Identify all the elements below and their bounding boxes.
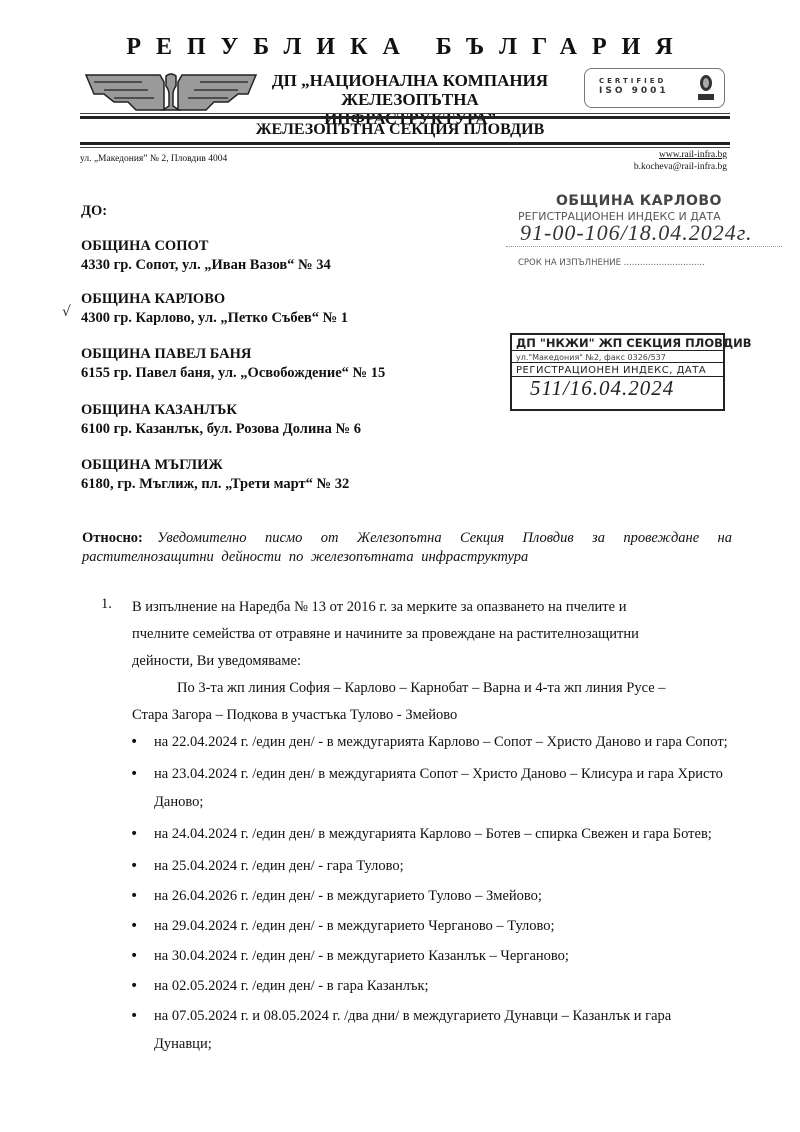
subject-text: Уведомително писмо от Железопътна Секция… bbox=[82, 530, 732, 565]
recipient-name: ОБЩИНА КАРЛОВО bbox=[81, 290, 348, 309]
intro-line: дейности, Ви уведомяваме: bbox=[132, 648, 732, 675]
recipient-name: ОБЩИНА КАЗАНЛЪК bbox=[81, 401, 361, 420]
stamp-line-3: РЕГИСТРАЦИОНЕН ИНДЕКС, ДАТА bbox=[512, 363, 723, 377]
stamp-line-1: ДП "НКЖИ" ЖП СЕКЦИЯ ПЛОВДИВ bbox=[512, 335, 723, 351]
karlovo-registration-stamp: ОБЩИНА КАРЛОВО РЕГИСТРАЦИОНЕН ИНДЕКС И Д… bbox=[506, 193, 796, 268]
to-label: ДО: bbox=[81, 203, 107, 220]
recipient-address: 6155 гр. Павел баня, ул. „Освобождение“ … bbox=[81, 364, 385, 383]
header-rule-top bbox=[80, 116, 730, 119]
stamp-handwritten-index: 91-00-106/18.04.2024г. bbox=[506, 220, 782, 247]
schedule-item: на 02.05.2024 г. /един ден/ - в гара Каз… bbox=[132, 972, 732, 1000]
recipient-name: ОБЩИНА МЪГЛИЖ bbox=[81, 456, 349, 475]
iso-badge: CERTIFIED ISO 9001 bbox=[584, 68, 725, 108]
schedule-item: на 07.05.2024 г. и 08.05.2024 г. /два дн… bbox=[132, 1002, 732, 1058]
schedule-item: на 26.04.2026 г. /един ден/ - в междугар… bbox=[132, 882, 732, 910]
schedule-item: на 29.04.2024 г. /един ден/ - в междугар… bbox=[132, 912, 732, 940]
subject-label: Относно: bbox=[82, 530, 143, 546]
schedule-item: на 30.04.2024 г. /един ден/ - в междугар… bbox=[132, 942, 732, 970]
recipient-address: 4330 гр. Сопот, ул. „Иван Вазов“ № 34 bbox=[81, 256, 331, 275]
stamp-line-2: ул."Македония" №2, факс 0326/537 bbox=[512, 351, 723, 363]
section-registration-stamp: ДП "НКЖИ" ЖП СЕКЦИЯ ПЛОВДИВ ул."Македони… bbox=[510, 333, 725, 411]
schedule-list: на 22.04.2024 г. /един ден/ - в междугар… bbox=[132, 728, 732, 1060]
intro-paragraph: В изпълнение на Наредба № 13 от 2016 г. … bbox=[132, 594, 732, 729]
recipient-address: 6180, гр. Мъглиж, пл. „Трети март“ № 32 bbox=[81, 475, 349, 494]
schedule-item: на 24.04.2024 г. /един ден/ в междугария… bbox=[132, 820, 732, 848]
company-name: ДП „НАЦИОНАЛНА КОМПАНИЯ ЖЕЛЕЗОПЪТНА ИНФР… bbox=[260, 71, 560, 128]
section-name: ЖЕЛЕЗОПЪТНА СЕКЦИЯ ПЛОВДИВ bbox=[0, 121, 800, 139]
header-rule-top-thin bbox=[80, 113, 730, 114]
recipient: ОБЩИНА КАРЛОВО 4300 гр. Карлово, ул. „Пе… bbox=[81, 290, 348, 328]
schedule-item: на 23.04.2024 г. /един ден/ в междугария… bbox=[132, 760, 732, 816]
schedule-item: на 22.04.2024 г. /един ден/ - в междугар… bbox=[132, 728, 732, 756]
subject: Относно: Уведомително писмо от Железопът… bbox=[82, 529, 732, 567]
country-heading: РЕПУБЛИКА БЪЛГАРИЯ bbox=[0, 34, 800, 61]
certification-emblem-icon bbox=[698, 74, 714, 102]
stamp-title: ОБЩИНА КАРЛОВО bbox=[506, 193, 796, 209]
contact-block: www.rail-infra.bg b.kocheva@rail-infra.b… bbox=[634, 149, 727, 173]
website-link[interactable]: www.rail-infra.bg bbox=[659, 150, 727, 160]
header-rule-bottom-thin bbox=[80, 147, 730, 148]
recipient-name: ОБЩИНА СОПОТ bbox=[81, 237, 331, 256]
stamp-due-label: СРОК НА ИЗПЪЛНЕНИЕ .....................… bbox=[506, 258, 796, 268]
iso-number: ISO 9001 bbox=[599, 86, 669, 97]
intro-line: пчелните семейства от отравяне и начинит… bbox=[132, 621, 732, 648]
contact-email[interactable]: b.kocheva@rail-infra.bg bbox=[634, 161, 727, 173]
recipient-address: 4300 гр. Карлово, ул. „Петко Събев“ № 1 bbox=[81, 309, 348, 328]
iso-certified-label: CERTIFIED bbox=[599, 77, 669, 86]
item-number: 1. bbox=[101, 596, 112, 613]
schedule-item: на 25.04.2024 г. /един ден/ - гара Тулов… bbox=[132, 852, 732, 880]
intro-line: В изпълнение на Наредба № 13 от 2016 г. … bbox=[132, 594, 732, 621]
recipient: ОБЩИНА ПАВЕЛ БАНЯ 6155 гр. Павел баня, у… bbox=[81, 345, 385, 383]
handwritten-check-mark: √ bbox=[62, 304, 71, 320]
company-name-line1: ДП „НАЦИОНАЛНА КОМПАНИЯ bbox=[260, 71, 560, 90]
header-rule-bottom bbox=[80, 142, 730, 145]
winged-rail-logo-icon bbox=[84, 72, 258, 114]
railway-line-text-cont: Стара Загора – Подкова в участъка Тулово… bbox=[132, 702, 732, 729]
recipient: ОБЩИНА КАЗАНЛЪК 6100 гр. Казанлък, бул. … bbox=[81, 401, 361, 439]
stamp-handwritten-index: 511/16.04.2024 bbox=[512, 377, 723, 399]
recipient: ОБЩИНА МЪГЛИЖ 6180, гр. Мъглиж, пл. „Тре… bbox=[81, 456, 349, 494]
recipient-address: 6100 гр. Казанлък, бул. Розова Долина № … bbox=[81, 420, 361, 439]
railway-line-text: По 3-та жп линия София – Карлово – Карно… bbox=[132, 675, 732, 702]
recipient-name: ОБЩИНА ПАВЕЛ БАНЯ bbox=[81, 345, 385, 364]
sender-address: ул. „Македония” № 2, Пловдив 4004 bbox=[80, 154, 227, 164]
recipient: ОБЩИНА СОПОТ 4330 гр. Сопот, ул. „Иван В… bbox=[81, 237, 331, 275]
